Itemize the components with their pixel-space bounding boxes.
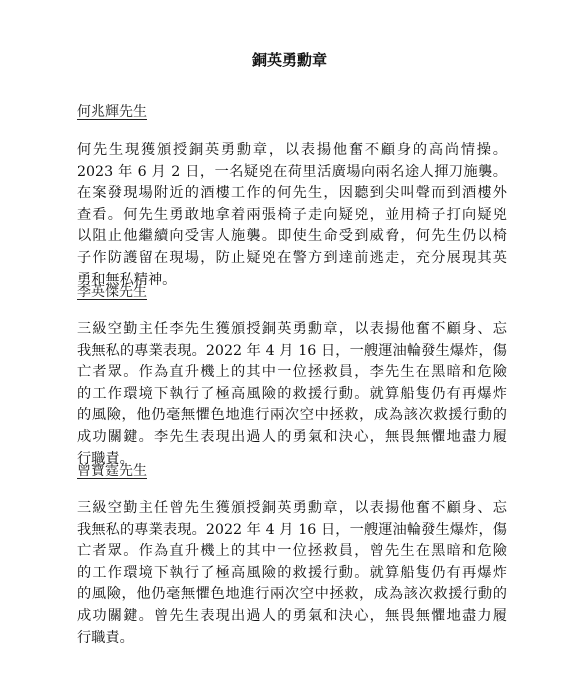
paragraph-line: 三級空勤主任曾先生獲頒授銅英勇勳章，以表揚他奮不顧身、忘 xyxy=(77,498,507,520)
section-heading-ho: 何兆輝先生 xyxy=(77,101,147,121)
paragraph-line: 我無私的專業表現。2022 年 4 月 16 日，一艘運油輪發生爆炸，傷 xyxy=(77,520,507,542)
paragraph-line: 成功關鍵。曾先生表現出過人的勇氣和決心，無畏無懼地盡力履 xyxy=(77,606,507,628)
paragraph-line: 亡者眾。作為直升機上的其中一位拯救員，李先生在黑暗和危險 xyxy=(77,362,507,384)
section-paragraph-lee: 三級空勤主任李先生獲頒授銅英勇勳章，以表揚他奮不顧身、忘 我無私的專業表現。20… xyxy=(77,319,507,470)
paragraph-line: 的風險，他仍毫無懼色地進行兩次空中拯救，成為該次救援行動的 xyxy=(77,405,507,427)
paragraph-line: 何先生現獲頒授銅英勇勳章，以表揚他奮不顧身的高尚情操。 xyxy=(77,140,507,162)
section-paragraph-ho: 何先生現獲頒授銅英勇勳章，以表揚他奮不顧身的高尚情操。 2023 年 6 月 2… xyxy=(77,140,507,291)
paragraph-line: 查看。何先生勇敢地拿着兩張椅子走向疑兇，並用椅子打向疑兇 xyxy=(77,205,507,227)
section-heading-tsang: 曾寶霆先生 xyxy=(77,460,147,480)
paragraph-line: 子作防護留在現場，防止疑兇在警方到達前逃走，充分展現其英 xyxy=(77,248,507,270)
paragraph-line: 在案發現場附近的酒樓工作的何先生，因聽到尖叫聲而到酒樓外 xyxy=(77,183,507,205)
paragraph-line: 三級空勤主任李先生獲頒授銅英勇勳章，以表揚他奮不顧身、忘 xyxy=(77,319,507,341)
paragraph-line: 我無私的專業表現。2022 年 4 月 16 日，一艘運油輪發生爆炸，傷 xyxy=(77,341,507,363)
paragraph-line: 成功關鍵。李先生表現出過人的勇氣和決心，無畏無懼地盡力履 xyxy=(77,427,507,449)
paragraph-line: 的風險，他仍毫無懼色地進行兩次空中拯救，成為該次救援行動的 xyxy=(77,584,507,606)
paragraph-line: 行職責。 xyxy=(77,628,507,650)
paragraph-line: 以阻止他繼續向受害人施襲。即使生命受到威脅，何先生仍以椅 xyxy=(77,226,507,248)
section-paragraph-tsang: 三級空勤主任曾先生獲頒授銅英勇勳章，以表揚他奮不顧身、忘 我無私的專業表現。20… xyxy=(77,498,507,649)
paragraph-line: 的工作環境下執行了極高風險的救援行動。就算船隻仍有再爆炸 xyxy=(77,384,507,406)
paragraph-line: 2023 年 6 月 2 日，一名疑兇在荷里活廣場向兩名途人揮刀施襲。 xyxy=(77,162,507,184)
section-heading-lee: 李英傑先生 xyxy=(77,281,147,301)
document-title: 銅英勇勳章 xyxy=(0,49,579,70)
paragraph-line: 亡者眾。作為直升機上的其中一位拯救員，曾先生在黑暗和危險 xyxy=(77,541,507,563)
paragraph-line: 的工作環境下執行了極高風險的救援行動。就算船隻仍有再爆炸 xyxy=(77,563,507,585)
